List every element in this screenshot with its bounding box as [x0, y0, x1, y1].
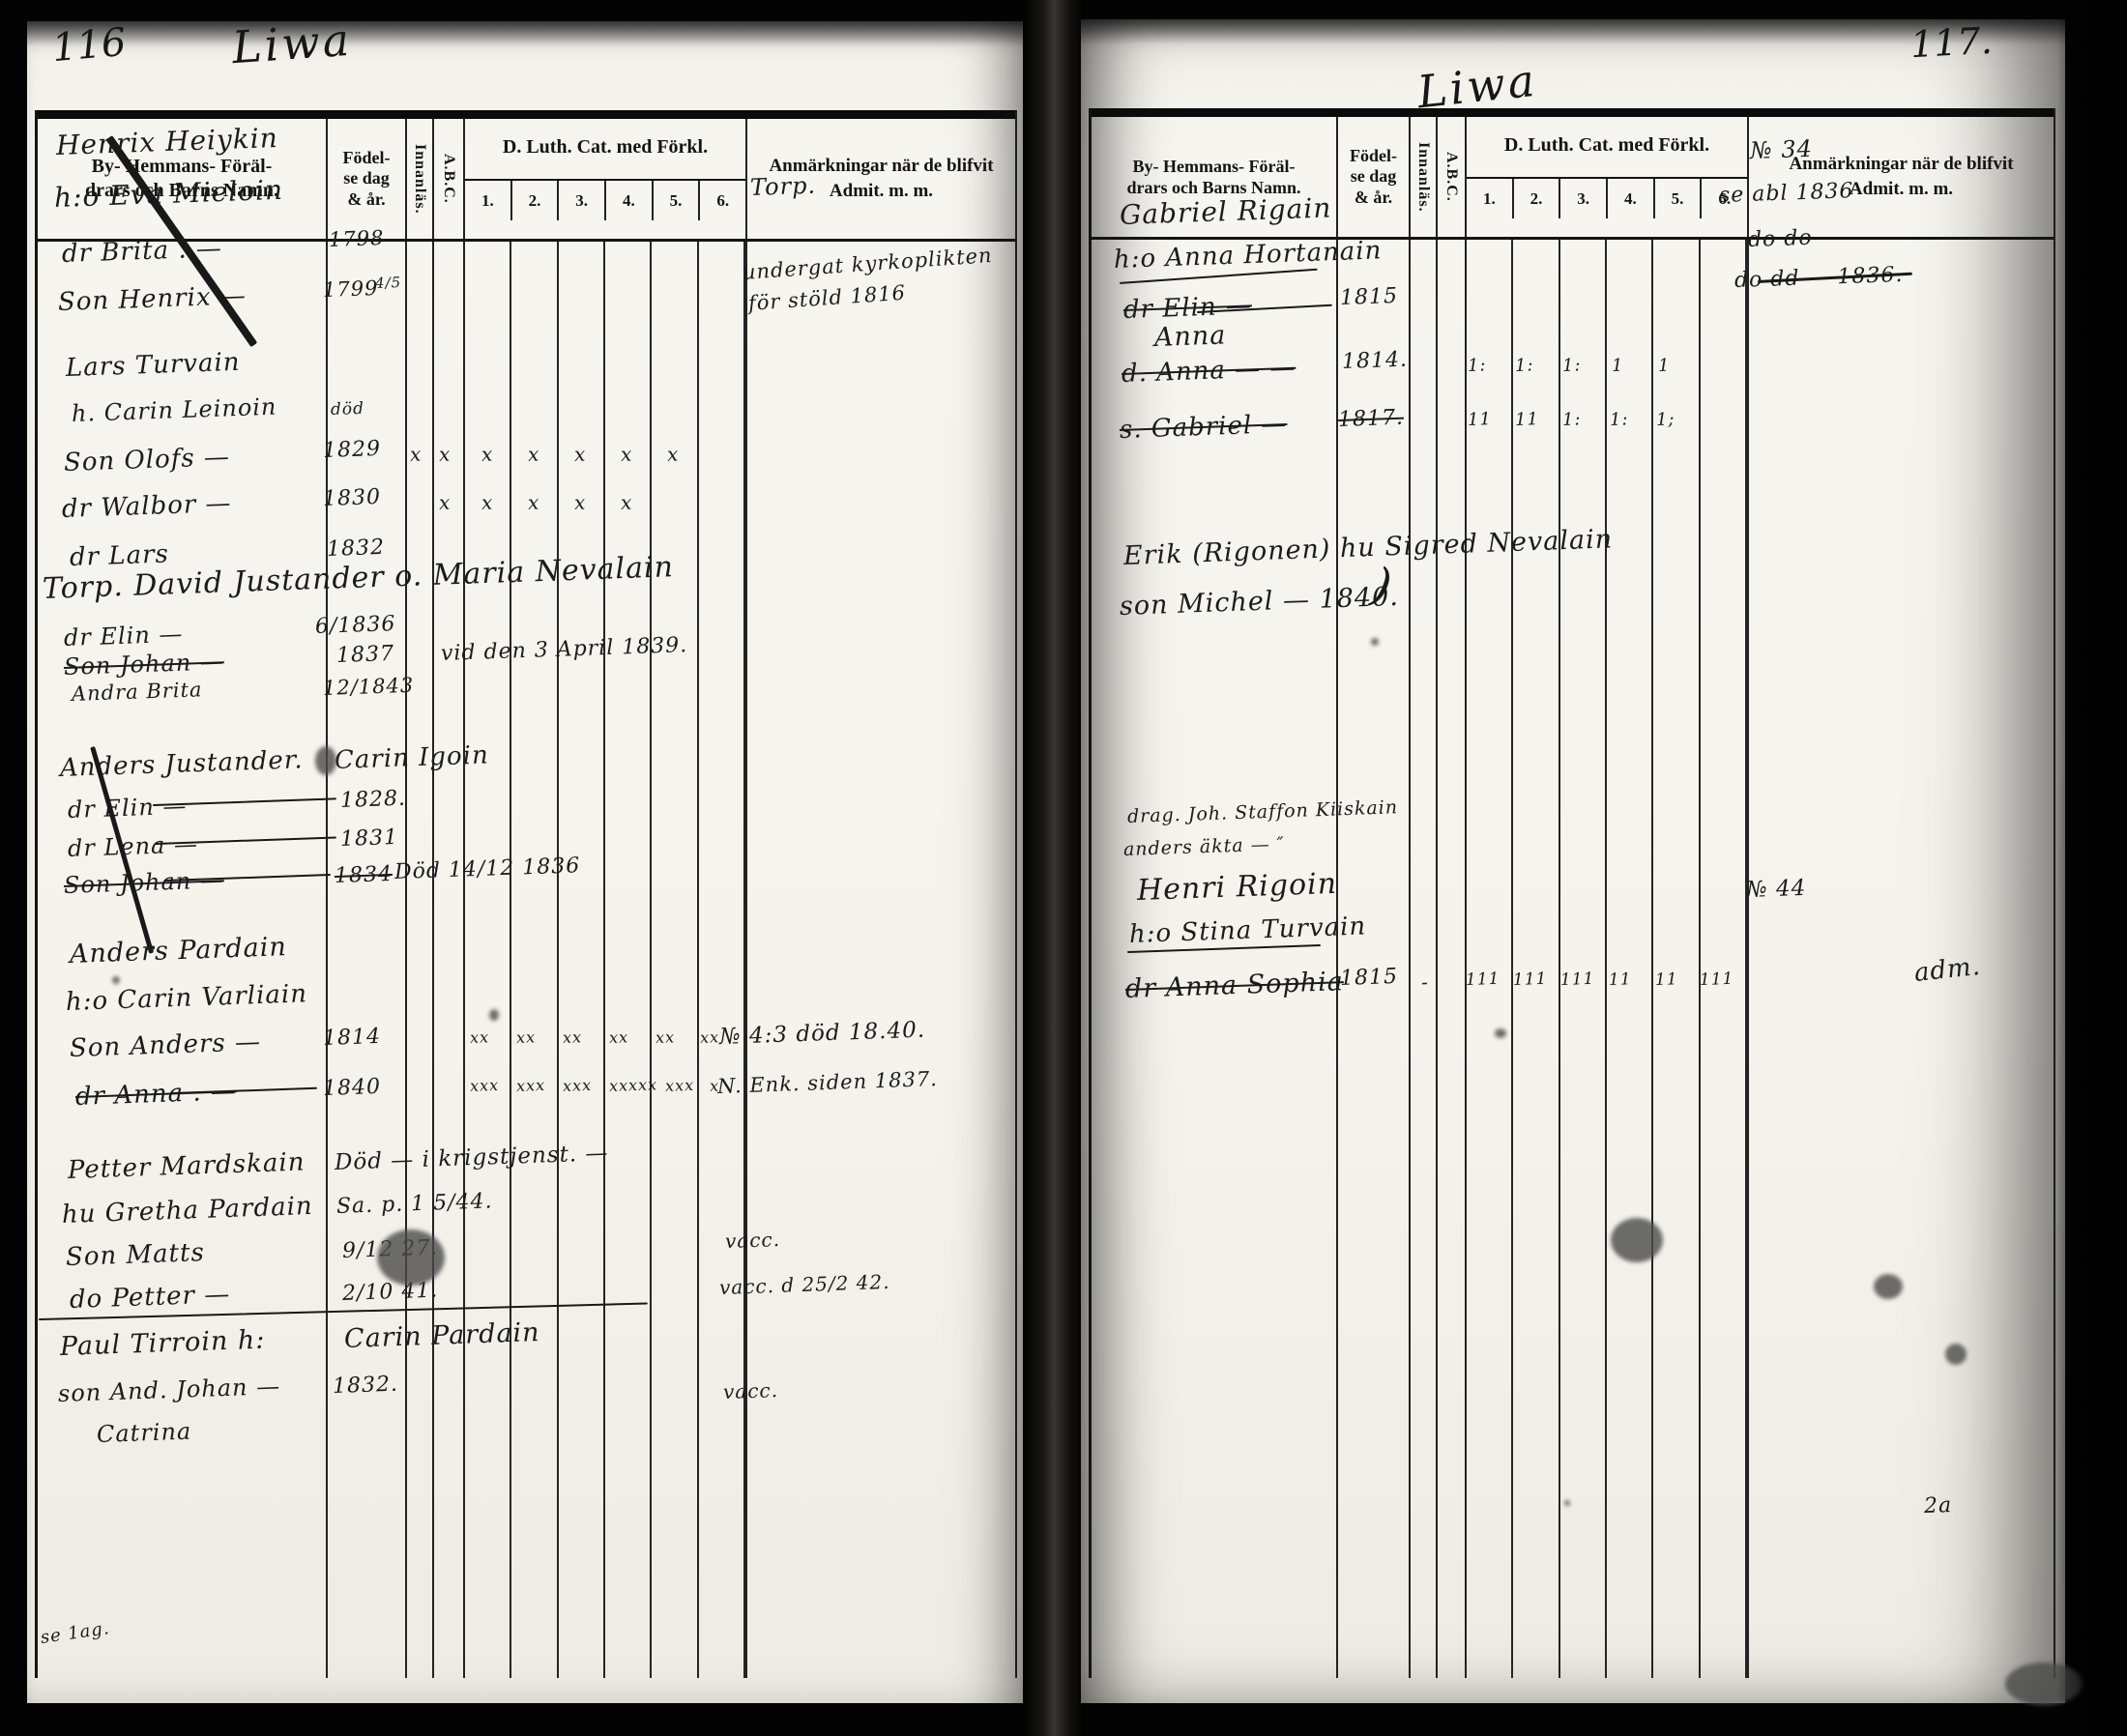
handwritten-entry: dr Lena — — [68, 830, 199, 862]
handwritten-entry: xxx — [470, 1076, 500, 1095]
handwritten-entry: adm. — [1912, 952, 1982, 988]
handwritten-entry: 1815 — [1340, 965, 1399, 991]
handwritten-entry: vacc. — [723, 1378, 779, 1403]
handwritten-entry: Son Anders — — [69, 1027, 261, 1063]
handwritten-entry: son Michel — 1840. — [1119, 582, 1399, 622]
handwritten-entry: xx — [609, 1027, 629, 1047]
ink-stain — [112, 976, 120, 984]
handwritten-entry: Anders Pardain — [69, 932, 287, 969]
ink-stain — [1371, 638, 1379, 646]
handwritten-entry: Carin Igoin — [334, 740, 489, 775]
handwritten-entry: dr Anna Sophia — [1124, 967, 1344, 1004]
handwritten-entry: xx — [516, 1027, 537, 1047]
handwritten-entry: xxx — [563, 1076, 593, 1095]
handwritten-entry: Sa. p. 1 5/44. — [336, 1189, 493, 1219]
handwritten-entry: 11 — [1655, 969, 1678, 990]
handwritten-entry: Henri Rigoin — [1136, 867, 1337, 908]
handwritten-entry: Son Johan — — [64, 648, 225, 680]
handwritten-entry: x — [574, 491, 587, 514]
entries-layer: Gabriel Rigainh:o Anna Hortanaindr Elin … — [1081, 19, 2065, 1703]
handwritten-entry: x — [667, 443, 680, 466]
handwritten-entry: 11 — [1609, 969, 1632, 990]
entries-layer: Torp.undergat kyrkopliktenför stöld 1816… — [27, 21, 1027, 1703]
handwritten-entry: Torp. — [750, 172, 817, 201]
handwritten-entry: xx — [700, 1027, 720, 1047]
book-binding — [1023, 0, 1085, 1736]
handwritten-entry: x — [481, 443, 494, 466]
handwritten-entry: 1840 — [323, 1075, 382, 1101]
handwritten-entry: d. Anna — — — [1121, 354, 1296, 389]
handwritten-entry: undergat kyrkoplikten — [742, 244, 993, 284]
handwritten-entry: 111 — [1513, 969, 1548, 990]
handwritten-entry: för stöld 1816 — [747, 281, 907, 315]
handwritten-entry: 11 — [1515, 409, 1540, 430]
handwritten-entry: Andra Brita — [72, 678, 203, 706]
handwritten-entry: x — [410, 443, 422, 466]
handwritten-entry: 1: — [1562, 355, 1582, 376]
handwritten-entry: 1817. — [1338, 406, 1405, 432]
handwritten-entry: xx — [563, 1027, 583, 1047]
handwritten-entry: № 44 — [1746, 876, 1807, 903]
ink-stain — [1495, 1028, 1506, 1038]
handwritten-entry: - — [1421, 970, 1430, 994]
handwritten-entry: dr Walbor — — [61, 489, 232, 524]
handwritten-entry: vacc. — [725, 1228, 781, 1253]
handwritten-entry: vid den 3 April 1839. — [441, 633, 688, 666]
handwritten-entry: dr Anna . — — [74, 1077, 237, 1112]
ink-stain — [1564, 1500, 1570, 1506]
handwritten-entry: 1814. — [1342, 348, 1409, 374]
handwritten-entry: xx — [656, 1027, 676, 1047]
handwritten-entry: x — [621, 443, 633, 466]
handwritten-entry: Son Matts — [65, 1238, 205, 1272]
scan-edge-shadow — [2057, 0, 2127, 1736]
handwritten-entry: x — [621, 491, 633, 514]
handwritten-entry: 111 — [1466, 969, 1501, 990]
handwritten-entry: do Petter — — [69, 1280, 230, 1315]
handwritten-entry: 1: — [1562, 409, 1582, 430]
handwritten-entry: 111 — [1560, 969, 1595, 990]
handwritten-entry: № 4:3 död 18.40. — [719, 1018, 926, 1050]
handwritten-entry: Död — i krigstjenst. — — [335, 1141, 609, 1175]
handwritten-entry: № 34 — [1750, 135, 1814, 164]
page-right: 117. Liwa By- Hemmans- Föräl- drars och … — [1081, 19, 2065, 1703]
ink-stain — [1611, 1218, 1663, 1262]
handwritten-entry: h:o Stina Turvain — [1128, 911, 1366, 949]
handwritten-entry: 1: — [1515, 355, 1534, 376]
ink-stain — [1945, 1344, 1967, 1365]
handwritten-entry: 1832 — [327, 535, 386, 562]
handwritten-entry: Petter Mardskain — [67, 1147, 305, 1185]
handwritten-entry: x — [439, 443, 452, 466]
handwritten-entry: hu Gretha Pardain — [61, 1192, 313, 1230]
ink-stain — [489, 1009, 499, 1021]
handwritten-entry: död — [331, 399, 365, 420]
handwritten-entry: h. Carin Leinoin — [72, 393, 277, 427]
handwritten-entry: h:o Eva Mieloin — [53, 174, 283, 214]
ink-stain — [377, 1230, 445, 1286]
handwritten-entry: 1837 — [336, 642, 395, 668]
handwritten-entry: do do — [1748, 226, 1813, 252]
ink-stain — [315, 746, 336, 775]
handwritten-entry: 1 — [1612, 356, 1624, 376]
handwritten-entry: Paul Tirroin h: — [59, 1325, 265, 1362]
handwritten-entry: 1: — [1468, 355, 1487, 376]
handwritten-entry: x — [574, 443, 587, 466]
handwritten-entry: x — [481, 491, 494, 514]
handwritten-entry: 1834 — [335, 862, 393, 888]
handwritten-entry: h:o Anna Hortanain — [1113, 236, 1382, 275]
handwritten-entry: Henrix Heiykin — [55, 122, 278, 161]
handwritten-entry: 1799 — [323, 276, 379, 302]
handwritten-entry: vacc. d 25/2 42. — [719, 1270, 890, 1299]
handwritten-entry: se 1ag. — [40, 1618, 111, 1648]
handwritten-entry: h:o Carin Varliain — [65, 979, 307, 1017]
handwritten-entry: 1829 — [323, 437, 382, 463]
handwritten-entry: Död 14/12 1836 — [394, 854, 581, 884]
scanned-book-spread: 116 Liwa By- Hemmans- Föräl- drars och B… — [0, 0, 2127, 1736]
handwritten-entry: N. Enk. siden 1837. — [717, 1067, 939, 1098]
handwritten-entry: Lars Turvain — [65, 348, 241, 383]
handwritten-entry: Catrina — [97, 1418, 192, 1448]
handwritten-entry: drag. Joh. Staffon Kiiskain — [1127, 796, 1399, 827]
handwritten-entry: 12/1843 — [323, 674, 415, 700]
handwritten-entry: Son Olofs — — [63, 443, 230, 477]
handwritten-entry: 1814 — [323, 1025, 382, 1051]
handwritten-entry: Carin Pardain — [343, 1317, 540, 1354]
handwritten-entry: 1828. — [340, 787, 407, 813]
handwritten-entry: 1798 — [329, 226, 385, 251]
handwritten-entry: x — [528, 443, 540, 466]
handwritten-entry: xxx — [516, 1076, 546, 1095]
handwritten-entry: s. Gabriel — — [1119, 410, 1287, 445]
handwritten-entry: xxx — [665, 1076, 695, 1095]
handwritten-entry: son And. Johan — — [58, 1373, 281, 1407]
handwritten-entry: anders äkta — ″ — [1123, 833, 1285, 860]
handwritten-entry: Gabriel Rigain — [1119, 191, 1331, 231]
handwritten-entry: Son Johan — — [64, 866, 225, 899]
handwritten-entry: 1830 — [323, 485, 382, 511]
handwritten-entry: x — [528, 491, 540, 514]
handwritten-entry: 1832. — [333, 1373, 399, 1399]
handwritten-entry: 2a — [1924, 1493, 1953, 1519]
handwritten-entry: 11 — [1468, 409, 1493, 430]
handwritten-entry: x — [439, 491, 452, 514]
handwritten-entry: 111 — [1700, 969, 1734, 990]
handwritten-entry: 4/5 — [375, 274, 402, 292]
handwritten-entry: 1: — [1610, 409, 1629, 430]
handwritten-entry: 1815 — [1340, 284, 1399, 310]
handwritten-entry: 1; — [1656, 409, 1675, 430]
handwritten-entry: 1 — [1658, 356, 1671, 376]
handwritten-entry: dr Elin — — [64, 621, 184, 651]
handwritten-entry: dr Elin — — [1122, 291, 1252, 325]
handwritten-entry: 1831 — [340, 825, 399, 852]
handwritten-entry: xx — [470, 1027, 490, 1047]
handwritten-entry: dr Elin — — [68, 793, 188, 824]
page-left: 116 Liwa By- Hemmans- Föräl- drars och B… — [27, 21, 1027, 1703]
handwritten-entry: xxxxx — [609, 1075, 658, 1095]
handwritten-entry: se abl 1836 — [1719, 179, 1854, 208]
handwritten-entry: Anna — [1153, 320, 1226, 353]
handwritten-entry: Erik (Rigonen) hu Sigred Nevalain — [1122, 524, 1613, 571]
ink-stain — [1874, 1274, 1903, 1299]
handwritten-entry: 6/1836 — [315, 612, 396, 639]
